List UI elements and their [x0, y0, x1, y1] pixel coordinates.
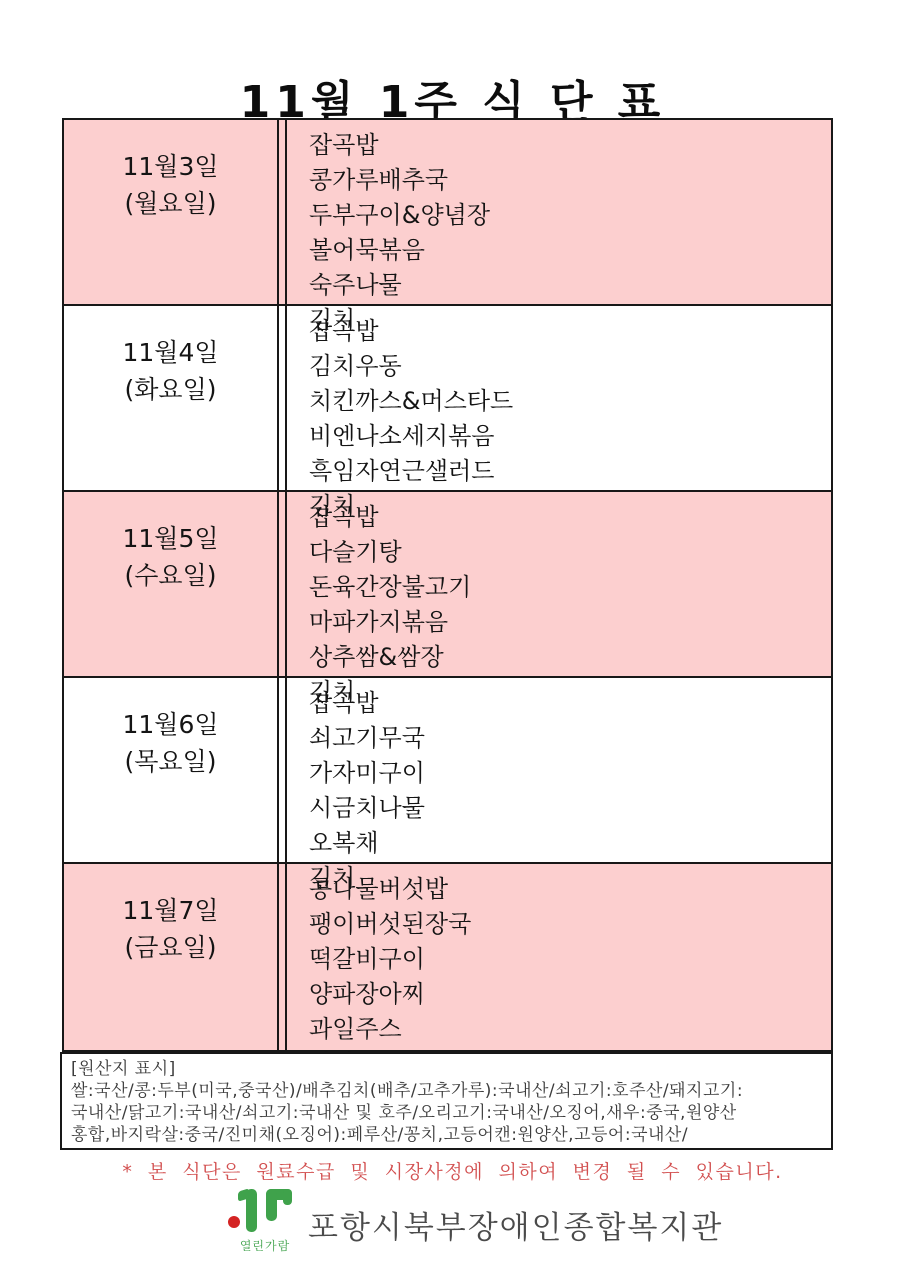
org-name: 포항시북부장애인종합복지관 [308, 1186, 723, 1247]
date-cell: 11월4일 (화요일) [64, 306, 279, 490]
menu-item: 오복채 [309, 823, 831, 858]
menu-item: 상추쌈&쌈장 [309, 637, 831, 672]
day-row-tuesday: 11월4일 (화요일) 잡곡밥 김치우동 치킨까스&머스타드 비엔나소세지볶음 … [64, 306, 831, 492]
menu-item: 마파가지볶음 [309, 602, 831, 637]
origin-line: 쌀:국산/콩:두부(미국,중국산)/배추김치(배추/고추가루):국내산/쇠고기:… [71, 1080, 822, 1102]
day-row-monday: 11월3일 (월요일) 잡곡밥 콩가루배추국 두부구이&양념장 볼어묵볶음 숙주… [64, 120, 831, 306]
logo-green-bar-icon [246, 1189, 257, 1232]
weekday-label: (월요일) [125, 185, 217, 222]
menu-list: 잡곡밥 콩가루배추국 두부구이&양념장 볼어묵볶음 숙주나물 김치 [287, 120, 831, 304]
menu-item: 가자미구이 [309, 753, 831, 788]
org-logo-icon: 열린가람 [228, 1186, 302, 1256]
origin-line: 홍합,바지락살:중국/진미채(오징어):페루산/꽁치,고등어캔:원양산,고등어:… [71, 1124, 822, 1146]
menu-list: 잡곡밥 다슬기탕 돈육간장불고기 마파가지볶음 상추쌈&쌈장 김치 [287, 492, 831, 676]
origin-heading: [원산지 표시] [71, 1058, 822, 1080]
column-divider [279, 492, 287, 676]
day-row-friday: 11월7일 (금요일) 콩나물버섯밥 팽이버섯된장국 떡갈비구이 양파장아찌 과… [64, 864, 831, 1050]
menu-item: 다슬기탕 [309, 532, 831, 567]
column-divider [279, 864, 287, 1050]
menu-item: 과일주스 [309, 1009, 831, 1044]
menu-item: 잡곡밥 [309, 497, 831, 532]
date-label: 11월5일 [122, 520, 218, 557]
menu-item: 떡갈비구이 [309, 939, 831, 974]
menu-item: 잡곡밥 [309, 311, 831, 346]
column-divider [279, 120, 287, 304]
date-cell: 11월6일 (목요일) [64, 678, 279, 862]
day-row-thursday: 11월6일 (목요일) 잡곡밥 쇠고기무국 가자미구이 시금치나물 오복채 김치 [64, 678, 831, 864]
menu-item: 치킨까스&머스타드 [309, 381, 831, 416]
menu-item: 쇠고기무국 [309, 718, 831, 753]
weekday-label: (목요일) [125, 743, 217, 780]
weekday-label: (금요일) [125, 929, 217, 966]
menu-item: 콩나물버섯밥 [309, 869, 831, 904]
logo-green-hook-icon [266, 1189, 292, 1200]
menu-item: 양파장아찌 [309, 974, 831, 1009]
weekday-label: (화요일) [125, 371, 217, 408]
menu-item: 숙주나물 [309, 265, 831, 300]
date-cell: 11월3일 (월요일) [64, 120, 279, 304]
menu-list: 잡곡밥 김치우동 치킨까스&머스타드 비엔나소세지볶음 흑임자연근샐러드 김치 [287, 306, 831, 490]
menu-list: 콩나물버섯밥 팽이버섯된장국 떡갈비구이 양파장아찌 과일주스 김치 [287, 864, 831, 1050]
menu-item: 비엔나소세지볶음 [309, 416, 831, 451]
menu-item: 돈육간장불고기 [309, 567, 831, 602]
weekly-meal-table: 11월3일 (월요일) 잡곡밥 콩가루배추국 두부구이&양념장 볼어묵볶음 숙주… [62, 118, 833, 1052]
logo-text: 열린가람 [228, 1237, 302, 1254]
menu-item: 두부구이&양념장 [309, 195, 831, 230]
menu-item: 시금치나물 [309, 788, 831, 823]
notice-text: * 본 식단은 원료수급 및 시장사정에 의하여 변경 될 수 있습니다. [0, 1157, 905, 1184]
menu-item: 콩가루배추국 [309, 160, 831, 195]
menu-item: 잡곡밥 [309, 683, 831, 718]
date-cell: 11월7일 (금요일) [64, 864, 279, 1050]
date-label: 11월3일 [122, 148, 218, 185]
day-row-wednesday: 11월5일 (수요일) 잡곡밥 다슬기탕 돈육간장불고기 마파가지볶음 상추쌈&… [64, 492, 831, 678]
menu-item: 흑임자연근샐러드 [309, 451, 831, 486]
date-cell: 11월5일 (수요일) [64, 492, 279, 676]
menu-item: 김치우동 [309, 346, 831, 381]
footer: 열린가람 포항시북부장애인종합복지관 [228, 1186, 723, 1256]
origin-line: 국내산/닭고기:국내산/쇠고기:국내산 및 호주/오리고기:국내산/오징어,새우… [71, 1102, 822, 1124]
origin-info-box: [원산지 표시] 쌀:국산/콩:두부(미국,중국산)/배추김치(배추/고추가루)… [60, 1052, 833, 1150]
column-divider [279, 306, 287, 490]
menu-item: 팽이버섯된장국 [309, 904, 831, 939]
date-label: 11월6일 [122, 706, 218, 743]
menu-item: 잡곡밥 [309, 125, 831, 160]
date-label: 11월7일 [122, 892, 218, 929]
menu-list: 잡곡밥 쇠고기무국 가자미구이 시금치나물 오복채 김치 [287, 678, 831, 862]
column-divider [279, 678, 287, 862]
weekday-label: (수요일) [125, 557, 217, 594]
logo-red-dot-icon [228, 1216, 240, 1228]
date-label: 11월4일 [122, 334, 218, 371]
menu-item: 볼어묵볶음 [309, 230, 831, 265]
